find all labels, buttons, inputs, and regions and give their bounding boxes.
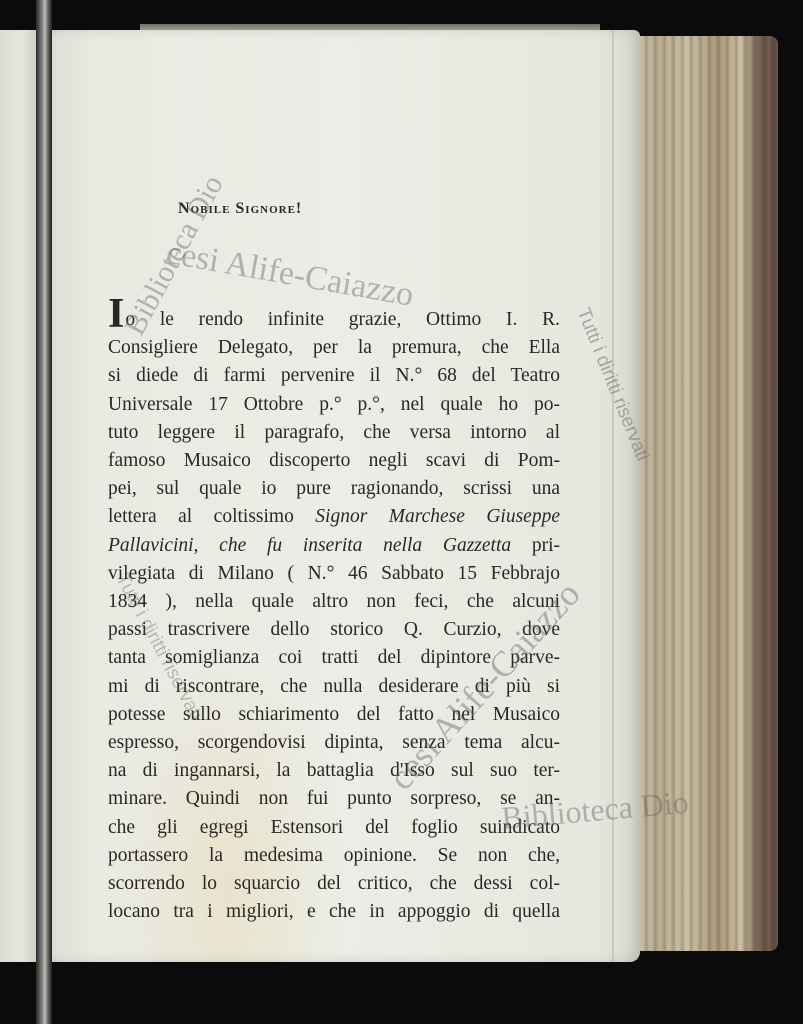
body-paragraph: Io le rendo infinite grazie, Ottimo I. R… <box>108 304 560 926</box>
text-line: scorrendo lo squarcio del critico, che d… <box>108 870 560 898</box>
text-line: portassero la medesima opinione. Se non … <box>108 842 560 870</box>
text-line: Pallavicini, che fu inserita nella Gazze… <box>108 532 560 560</box>
letter-text: Nobile Signore! Io le rendo infinite gra… <box>108 200 560 926</box>
text-line: Universale 17 Ottobre p.° p.°, nel quale… <box>108 391 560 419</box>
line-text: o le rendo infinite grazie, Ottimo I. R. <box>125 309 560 330</box>
italic-text: Pallavicini, che fu inserita nella Gazze… <box>108 535 511 556</box>
text-line: na di ingannarsi, la battaglia d'Isso su… <box>108 757 560 785</box>
book-gutter <box>36 0 52 1024</box>
text-line: mi di riscontrare, che nulla desiderare … <box>108 673 560 701</box>
text-line: si diede di farmi pervenire il N.° 68 de… <box>108 362 560 390</box>
left-facing-page-edge <box>0 30 36 962</box>
page-fold-line <box>612 30 614 962</box>
text-line: tanta somiglianza coi tratti del dipinto… <box>108 644 560 672</box>
book-page-edges <box>628 36 778 951</box>
text-line: passi trascrivere dello storico Q. Curzi… <box>108 616 560 644</box>
text-line: vilegiata di Milano ( N.° 46 Sabbato 15 … <box>108 560 560 588</box>
drop-cap: I <box>108 291 124 337</box>
text-line: espresso, scorgendovisi dipinta, senza t… <box>108 729 560 757</box>
salutation: Nobile Signore! <box>178 200 560 218</box>
text-line: locano tra i migliori, e che in appoggio… <box>108 898 560 926</box>
text-line: 1834 ), nella quale altro non feci, che … <box>108 588 560 616</box>
scanned-book-spread: Nobile Signore! Io le rendo infinite gra… <box>0 0 803 1024</box>
line-text: lettera al coltissimo <box>108 506 315 527</box>
text-line: lettera al coltissimo Signor Marchese Gi… <box>108 503 560 531</box>
text-line: tuto leggere il paragrafo, che versa int… <box>108 419 560 447</box>
text-line: famoso Musaico discoperto negli scavi di… <box>108 447 560 475</box>
line-text: pri- <box>511 535 560 556</box>
text-line: minare. Quindi non fui punto sorpreso, s… <box>108 785 560 813</box>
text-line: che gli egregi Estensori del foglio suin… <box>108 814 560 842</box>
text-line: Consigliere Delegato, per la premura, ch… <box>108 334 560 362</box>
book-page: Nobile Signore! Io le rendo infinite gra… <box>52 30 640 962</box>
text-line: pei, sul quale io pure ragionando, scris… <box>108 475 560 503</box>
text-line: potesse sullo schiarimento del fatto nel… <box>108 701 560 729</box>
italic-text: Signor Marchese Giuseppe <box>315 506 560 527</box>
text-line: Io le rendo infinite grazie, Ottimo I. R… <box>108 304 560 334</box>
